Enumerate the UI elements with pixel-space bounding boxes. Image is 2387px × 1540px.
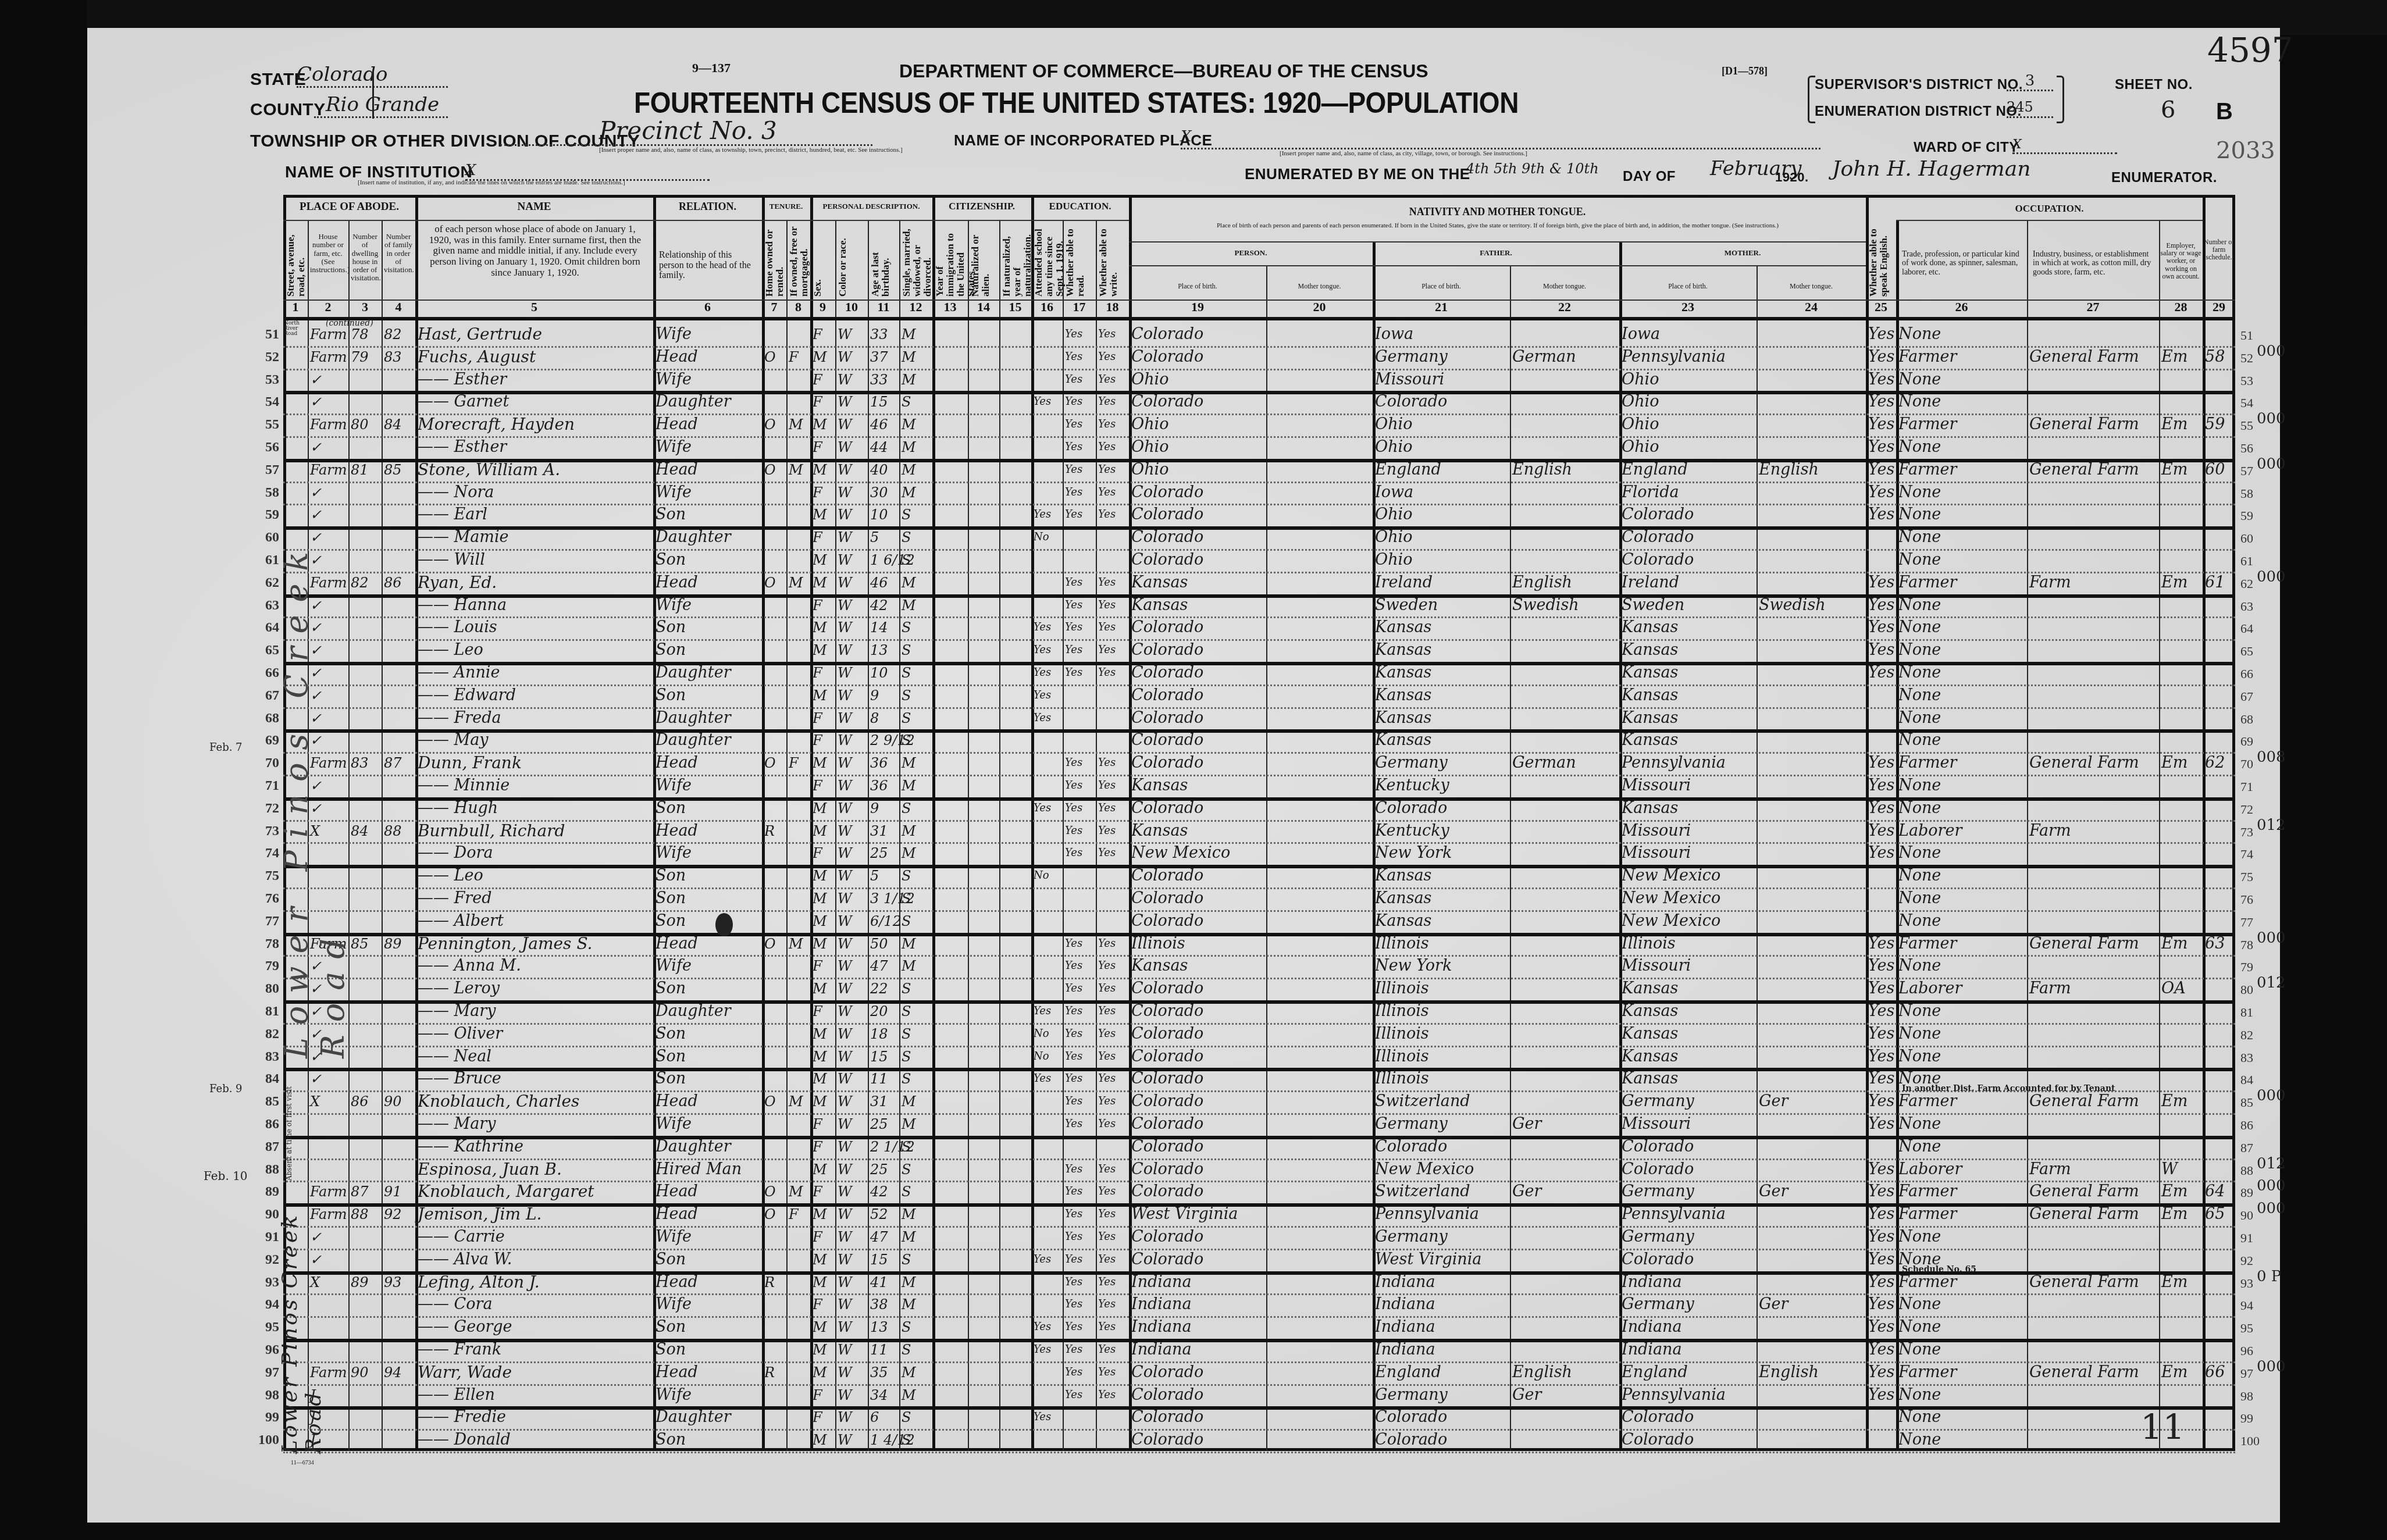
cell-mpob: Sweden: [1622, 594, 1755, 616]
cell-ftongue: [1512, 391, 1618, 413]
cell-read: Yes: [1065, 955, 1095, 977]
line-number-right: 92: [2240, 1253, 2270, 1268]
cell-tongue: [1269, 1361, 1371, 1384]
cell-write: Yes: [1098, 323, 1128, 345]
cell-natyr: [1002, 1271, 1030, 1293]
cell-pob: Kansas: [1131, 820, 1265, 842]
cell-own: O: [764, 346, 785, 368]
cell-write: [1098, 707, 1128, 729]
cell-name: Knoblauch, Charles: [418, 1090, 652, 1113]
cell-free: [789, 1384, 809, 1406]
cell-ftongue: [1512, 978, 1618, 1000]
cell-ftongue: English: [1512, 572, 1618, 594]
cell-family: [384, 526, 414, 548]
cell-school: Yes: [1034, 662, 1061, 684]
cell-pob: Colorado: [1131, 1429, 1265, 1451]
line-number: 90: [244, 1207, 279, 1222]
cell-color: W: [838, 1226, 867, 1248]
cell-mpob: Kansas: [1622, 662, 1755, 684]
cell-natyr: [1002, 1046, 1030, 1068]
cell-english: Yes: [1868, 572, 1895, 594]
cell-trade: None: [1898, 1429, 2026, 1451]
cell-industry: General Farm: [2029, 933, 2158, 955]
cell-imm: [935, 1384, 967, 1406]
cell-age: 10: [870, 504, 898, 526]
cell-ftongue: [1512, 1046, 1618, 1068]
cell-family: [384, 797, 414, 819]
cell-ftongue: Ger: [1512, 1384, 1618, 1406]
column-number: 17: [1063, 300, 1096, 317]
cell-natyr: [1002, 572, 1030, 594]
cell-school: Yes: [1034, 616, 1061, 639]
cell-write: Yes: [1098, 1068, 1128, 1090]
cell-nat: [970, 1136, 998, 1158]
cell-ftongue: [1512, 323, 1618, 345]
cell-age: 11: [870, 1339, 898, 1361]
cell-name: Knoblauch, Margaret: [418, 1181, 652, 1203]
cell-name: —— Earl: [418, 504, 652, 526]
cell-industry: Farm: [2029, 978, 2158, 1000]
cell-read: Yes: [1065, 797, 1095, 819]
cell-own: O: [764, 1181, 785, 1203]
cell-own: [764, 1384, 785, 1406]
cell-street: [286, 369, 307, 391]
cell-pob: Colorado: [1131, 526, 1265, 548]
cell-relation: Wife: [655, 955, 761, 977]
cell-school: Yes: [1034, 1249, 1061, 1271]
cell-school: [1034, 1293, 1061, 1316]
line-number: 89: [244, 1184, 279, 1200]
cell-family: [384, 978, 414, 1000]
cell-age: 47: [870, 1226, 898, 1248]
cell-farm: 58: [2205, 346, 2234, 368]
cell-color: W: [838, 1090, 867, 1113]
cell-pob: Colorado: [1131, 1046, 1265, 1068]
supervisor-value: 3: [2025, 72, 2035, 90]
cell-family: [384, 1113, 414, 1135]
cell-trade: None: [1898, 910, 2026, 932]
cell-write: Yes: [1098, 1361, 1128, 1384]
street-lower-pinos-creek-2: Lower Pinos Creek Road: [278, 1210, 326, 1454]
cell-mtongue: [1759, 842, 1865, 864]
cell-school: Yes: [1034, 504, 1061, 526]
cell-trade: Laborer: [1898, 820, 2026, 842]
line-number-right: 64: [2240, 621, 2270, 636]
cell-marital: S: [902, 865, 931, 887]
cell-natyr: [1002, 955, 1030, 977]
cell-farm: [2205, 775, 2234, 797]
cell-class: Em: [2161, 933, 2201, 955]
cell-school: [1034, 820, 1061, 842]
cell-class: [2161, 391, 2201, 413]
cell-english: Yes: [1868, 639, 1895, 661]
cell-own: [764, 504, 785, 526]
cell-industry: Farm: [2029, 572, 2158, 594]
cell-color: W: [838, 616, 867, 639]
cell-trade: None: [1898, 1339, 2026, 1361]
cell-imm: [935, 436, 967, 458]
cell-fpob: Illinois: [1375, 1023, 1509, 1045]
coding-mark: 012: [2257, 1155, 2286, 1172]
cell-class: [2161, 482, 2201, 504]
cell-family: [384, 504, 414, 526]
cell-sex: M: [813, 752, 834, 774]
cell-name: Pennington, James S.: [418, 933, 652, 955]
cell-read: Yes: [1065, 572, 1095, 594]
cell-natyr: [1002, 685, 1030, 707]
column-header-17: Whether able to read.: [1065, 224, 1093, 297]
cell-dwelling: 87: [351, 1181, 380, 1203]
cell-english: Yes: [1868, 1316, 1895, 1338]
enumerator-signature: John H. Hagerman: [1832, 157, 2030, 181]
cell-trade: None: [1898, 504, 2026, 526]
cell-read: Yes: [1065, 1158, 1095, 1181]
cell-tongue: [1269, 1181, 1371, 1203]
column-number: 10: [835, 300, 868, 317]
cell-color: W: [838, 504, 867, 526]
cell-marital: S: [902, 729, 931, 751]
cell-name: —— Neal: [418, 1046, 652, 1068]
cell-family: [384, 910, 414, 932]
cell-natyr: [1002, 1249, 1030, 1271]
cell-age: 18: [870, 1023, 898, 1045]
cell-farm: [2205, 820, 2234, 842]
cell-english: Yes: [1868, 978, 1895, 1000]
cell-pob: Colorado: [1131, 1384, 1265, 1406]
cell-name: —— Mary: [418, 1000, 652, 1022]
cell-color: W: [838, 391, 867, 413]
cell-sex: F: [813, 1136, 834, 1158]
cell-fpob: Ohio: [1375, 549, 1509, 571]
cell-mtongue: [1759, 752, 1865, 774]
line-number-right: 61: [2240, 554, 2270, 569]
cell-relation: Wife: [655, 1113, 761, 1135]
cell-farm: [2205, 685, 2234, 707]
cell-mpob: Ohio: [1622, 391, 1755, 413]
cell-tongue: [1269, 1046, 1371, 1068]
cell-write: Yes: [1098, 413, 1128, 436]
cell-age: 38: [870, 1293, 898, 1316]
cell-industry: [2029, 910, 2158, 932]
cell-ftongue: [1512, 1429, 1618, 1451]
cell-english: Yes: [1868, 482, 1895, 504]
cell-fpob: Ohio: [1375, 526, 1509, 548]
cell-marital: M: [902, 933, 931, 955]
cell-own: O: [764, 933, 785, 955]
cell-marital: M: [902, 820, 931, 842]
cell-read: [1065, 910, 1095, 932]
cell-own: O: [764, 1203, 785, 1225]
cell-school: [1034, 482, 1061, 504]
cell-family: 90: [384, 1090, 414, 1113]
column-divider: [786, 220, 788, 1451]
cell-farm: [2205, 594, 2234, 616]
cell-english: Yes: [1868, 616, 1895, 639]
cell-dwelling: [351, 639, 380, 661]
line-number: 97: [244, 1365, 279, 1381]
cell-industry: [2029, 1136, 2158, 1158]
cell-relation: Wife: [655, 1293, 761, 1316]
cell-industry: General Farm: [2029, 346, 2158, 368]
cell-class: [2161, 436, 2201, 458]
cell-free: [789, 797, 809, 819]
line-number: 86: [244, 1117, 279, 1132]
cell-mpob: Missouri: [1622, 820, 1755, 842]
cell-mtongue: [1759, 504, 1865, 526]
cell-industry: [2029, 1384, 2158, 1406]
cell-mtongue: [1759, 1113, 1865, 1135]
cell-family: 92: [384, 1203, 414, 1225]
cell-name: —— Anna M.: [418, 955, 652, 977]
cell-trade: None: [1898, 797, 2026, 819]
cell-marital: S: [902, 887, 931, 910]
cell-farm: [2205, 1000, 2234, 1022]
line-number: 100: [244, 1432, 279, 1448]
line-number: 57: [244, 462, 279, 478]
cell-fpob: Kansas: [1375, 685, 1509, 707]
cell-color: W: [838, 910, 867, 932]
cell-industry: [2029, 1429, 2158, 1451]
cell-free: [789, 1113, 809, 1135]
cell-trade: Laborer: [1898, 1158, 2026, 1181]
cell-farm: [2205, 549, 2234, 571]
line-number: 69: [244, 733, 279, 748]
cell-family: 86: [384, 572, 414, 594]
cell-english: [1868, 887, 1895, 910]
coding-mark: 000: [2257, 1358, 2286, 1375]
cell-sex: M: [813, 1316, 834, 1338]
cell-own: [764, 1226, 785, 1248]
cell-ftongue: [1512, 933, 1618, 955]
col-26-desc: Trade, profession, or particular kind of…: [1902, 250, 2021, 277]
cell-trade: Farmer: [1898, 1361, 2026, 1384]
line-number: 79: [244, 958, 279, 974]
cell-dwelling: [351, 685, 380, 707]
cell-sex: M: [813, 1339, 834, 1361]
group-person: PERSON.: [1129, 249, 1373, 257]
cell-school: [1034, 955, 1061, 977]
cell-pob: Colorado: [1131, 752, 1265, 774]
line-number-right: 68: [2240, 712, 2270, 727]
cell-class: [2161, 842, 2201, 864]
line-number: 53: [244, 372, 279, 388]
cell-relation: Wife: [655, 1226, 761, 1248]
cell-ftongue: Ger: [1512, 1181, 1618, 1203]
cell-relation: Wife: [655, 842, 761, 864]
column-number: 25: [1866, 300, 1896, 317]
cell-tongue: [1269, 616, 1371, 639]
cell-ftongue: [1512, 1339, 1618, 1361]
cell-mpob: Pennsylvania: [1622, 346, 1755, 368]
cell-school: [1034, 436, 1061, 458]
cell-fpob: Illinois: [1375, 978, 1509, 1000]
cell-industry: General Farm: [2029, 1181, 2158, 1203]
cell-imm: [935, 459, 967, 481]
cell-own: [764, 685, 785, 707]
cell-natyr: [1002, 1293, 1030, 1316]
cell-own: [764, 482, 785, 504]
cell-mpob: Ohio: [1622, 369, 1755, 391]
group-father: FATHER.: [1373, 249, 1619, 257]
line-number: 85: [244, 1094, 279, 1110]
date-feb-7: Feb. 7: [209, 742, 243, 754]
cell-name: —— Mary: [418, 1113, 652, 1135]
cell-age: 41: [870, 1271, 898, 1293]
cell-color: W: [838, 1384, 867, 1406]
cell-free: F: [789, 1203, 809, 1225]
cell-name: —— George: [418, 1316, 652, 1338]
cell-school: No: [1034, 1046, 1061, 1068]
cell-own: [764, 865, 785, 887]
column-number: 7: [762, 300, 786, 317]
line-number-right: 60: [2240, 531, 2270, 546]
cell-mtongue: [1759, 729, 1865, 751]
cell-own: O: [764, 459, 785, 481]
cell-tongue: [1269, 1293, 1371, 1316]
cell-class: [2161, 797, 2201, 819]
cell-fpob: Kansas: [1375, 616, 1509, 639]
cell-name: —— Ellen: [418, 1384, 652, 1406]
cell-nat: [970, 391, 998, 413]
cell-marital: S: [902, 1023, 931, 1045]
cell-name: Warr, Wade: [418, 1361, 652, 1384]
cell-class: [2161, 616, 2201, 639]
cell-sex: M: [813, 459, 834, 481]
cell-farm: [2205, 707, 2234, 729]
township-note: [Insert proper name and, also, name of c…: [599, 147, 903, 154]
cell-age: 15: [870, 1249, 898, 1271]
cell-sex: F: [813, 526, 834, 548]
line-number: 55: [244, 417, 279, 433]
cell-imm: [935, 1158, 967, 1181]
cell-tongue: [1269, 1158, 1371, 1181]
cell-family: [384, 1000, 414, 1022]
cell-own: [764, 549, 785, 571]
cell-dwelling: [351, 482, 380, 504]
cell-relation: Hired Man: [655, 1158, 761, 1181]
cell-industry: General Farm: [2029, 1203, 2158, 1225]
cell-class: Em: [2161, 459, 2201, 481]
line-number: 52: [244, 350, 279, 365]
cell-mpob: Florida: [1622, 482, 1755, 504]
cell-tongue: [1269, 662, 1371, 684]
line-number: 74: [244, 846, 279, 861]
cell-mpob: Germany: [1622, 1293, 1755, 1316]
cell-name: —— Esther: [418, 369, 652, 391]
cell-school: [1034, 1181, 1061, 1203]
cell-nat: [970, 865, 998, 887]
institution-value: X: [465, 162, 476, 179]
cell-write: Yes: [1098, 1226, 1128, 1248]
cell-house: ✓: [310, 1068, 347, 1090]
cell-color: W: [838, 1429, 867, 1451]
column-number: 20: [1266, 300, 1373, 317]
cell-natyr: [1002, 978, 1030, 1000]
cell-farm: [2205, 955, 2234, 977]
cell-imm: [935, 323, 967, 345]
cell-ftongue: [1512, 685, 1618, 707]
cell-natyr: [1002, 1000, 1030, 1022]
cell-mpob: Pennsylvania: [1622, 752, 1755, 774]
cell-natyr: [1002, 1136, 1030, 1158]
cell-fpob: Colorado: [1375, 391, 1509, 413]
cell-ftongue: English: [1512, 1361, 1618, 1384]
cell-trade: None: [1898, 842, 2026, 864]
cell-read: Yes: [1065, 662, 1095, 684]
cell-imm: [935, 549, 967, 571]
cell-fpob: Illinois: [1375, 1000, 1509, 1022]
cell-pob: Colorado: [1131, 707, 1265, 729]
cell-industry: [2029, 1339, 2158, 1361]
cell-farm: [2205, 1158, 2234, 1181]
street-north-river-road: North River Road: [284, 321, 307, 337]
cell-family: [384, 639, 414, 661]
cell-industry: General Farm: [2029, 413, 2158, 436]
cell-relation: Head: [655, 1203, 761, 1225]
cell-nat: [970, 413, 998, 436]
cell-write: [1098, 685, 1128, 707]
coding-mark: 000: [2257, 929, 2286, 947]
cell-relation: Head: [655, 1181, 761, 1203]
cell-english: Yes: [1868, 1203, 1895, 1225]
line-number-right: 77: [2240, 915, 2270, 930]
cell-tongue: [1269, 549, 1371, 571]
cell-color: W: [838, 1293, 867, 1316]
cell-industry: [2029, 865, 2158, 887]
cell-dwelling: 81: [351, 459, 380, 481]
column-header-25: Whether able to speak English.: [1868, 224, 1894, 297]
cell-mtongue: [1759, 1068, 1865, 1090]
cell-age: 1 6/12: [870, 549, 898, 571]
cell-farm: [2205, 662, 2234, 684]
cell-relation: Daughter: [655, 1000, 761, 1022]
cell-free: [789, 1361, 809, 1384]
cell-imm: [935, 865, 967, 887]
cell-trade: None: [1898, 526, 2026, 548]
cell-own: [764, 1000, 785, 1022]
cell-relation: Wife: [655, 482, 761, 504]
cell-pob: Indiana: [1131, 1293, 1265, 1316]
cell-ftongue: [1512, 1293, 1618, 1316]
cell-ftongue: [1512, 1249, 1618, 1271]
column-divider: [835, 220, 836, 1451]
cell-nat: [970, 729, 998, 751]
column-number: 21: [1373, 300, 1510, 317]
cell-school: [1034, 775, 1061, 797]
cell-trade: None: [1898, 1046, 2026, 1068]
header-bottom-rule: [283, 317, 2235, 320]
cell-pob: Colorado: [1131, 1136, 1265, 1158]
cell-relation: Daughter: [655, 707, 761, 729]
cell-mpob: Kansas: [1622, 729, 1755, 751]
cell-age: 37: [870, 346, 898, 368]
cell-mtongue: English: [1759, 1361, 1865, 1384]
cell-trade: None: [1898, 1113, 2026, 1135]
cell-english: Yes: [1868, 1361, 1895, 1384]
cell-write: Yes: [1098, 1384, 1128, 1406]
cell-marital: S: [902, 1249, 931, 1271]
cell-school: [1034, 842, 1061, 864]
cell-ftongue: Swedish: [1512, 594, 1618, 616]
cell-tongue: [1269, 955, 1371, 977]
cell-school: [1034, 1429, 1061, 1451]
cell-read: [1065, 685, 1095, 707]
cell-imm: [935, 978, 967, 1000]
township-field: Precinct No. 3: [500, 116, 872, 146]
cell-read: [1065, 1429, 1095, 1451]
cell-tongue: [1269, 482, 1371, 504]
cell-nat: [970, 910, 998, 932]
